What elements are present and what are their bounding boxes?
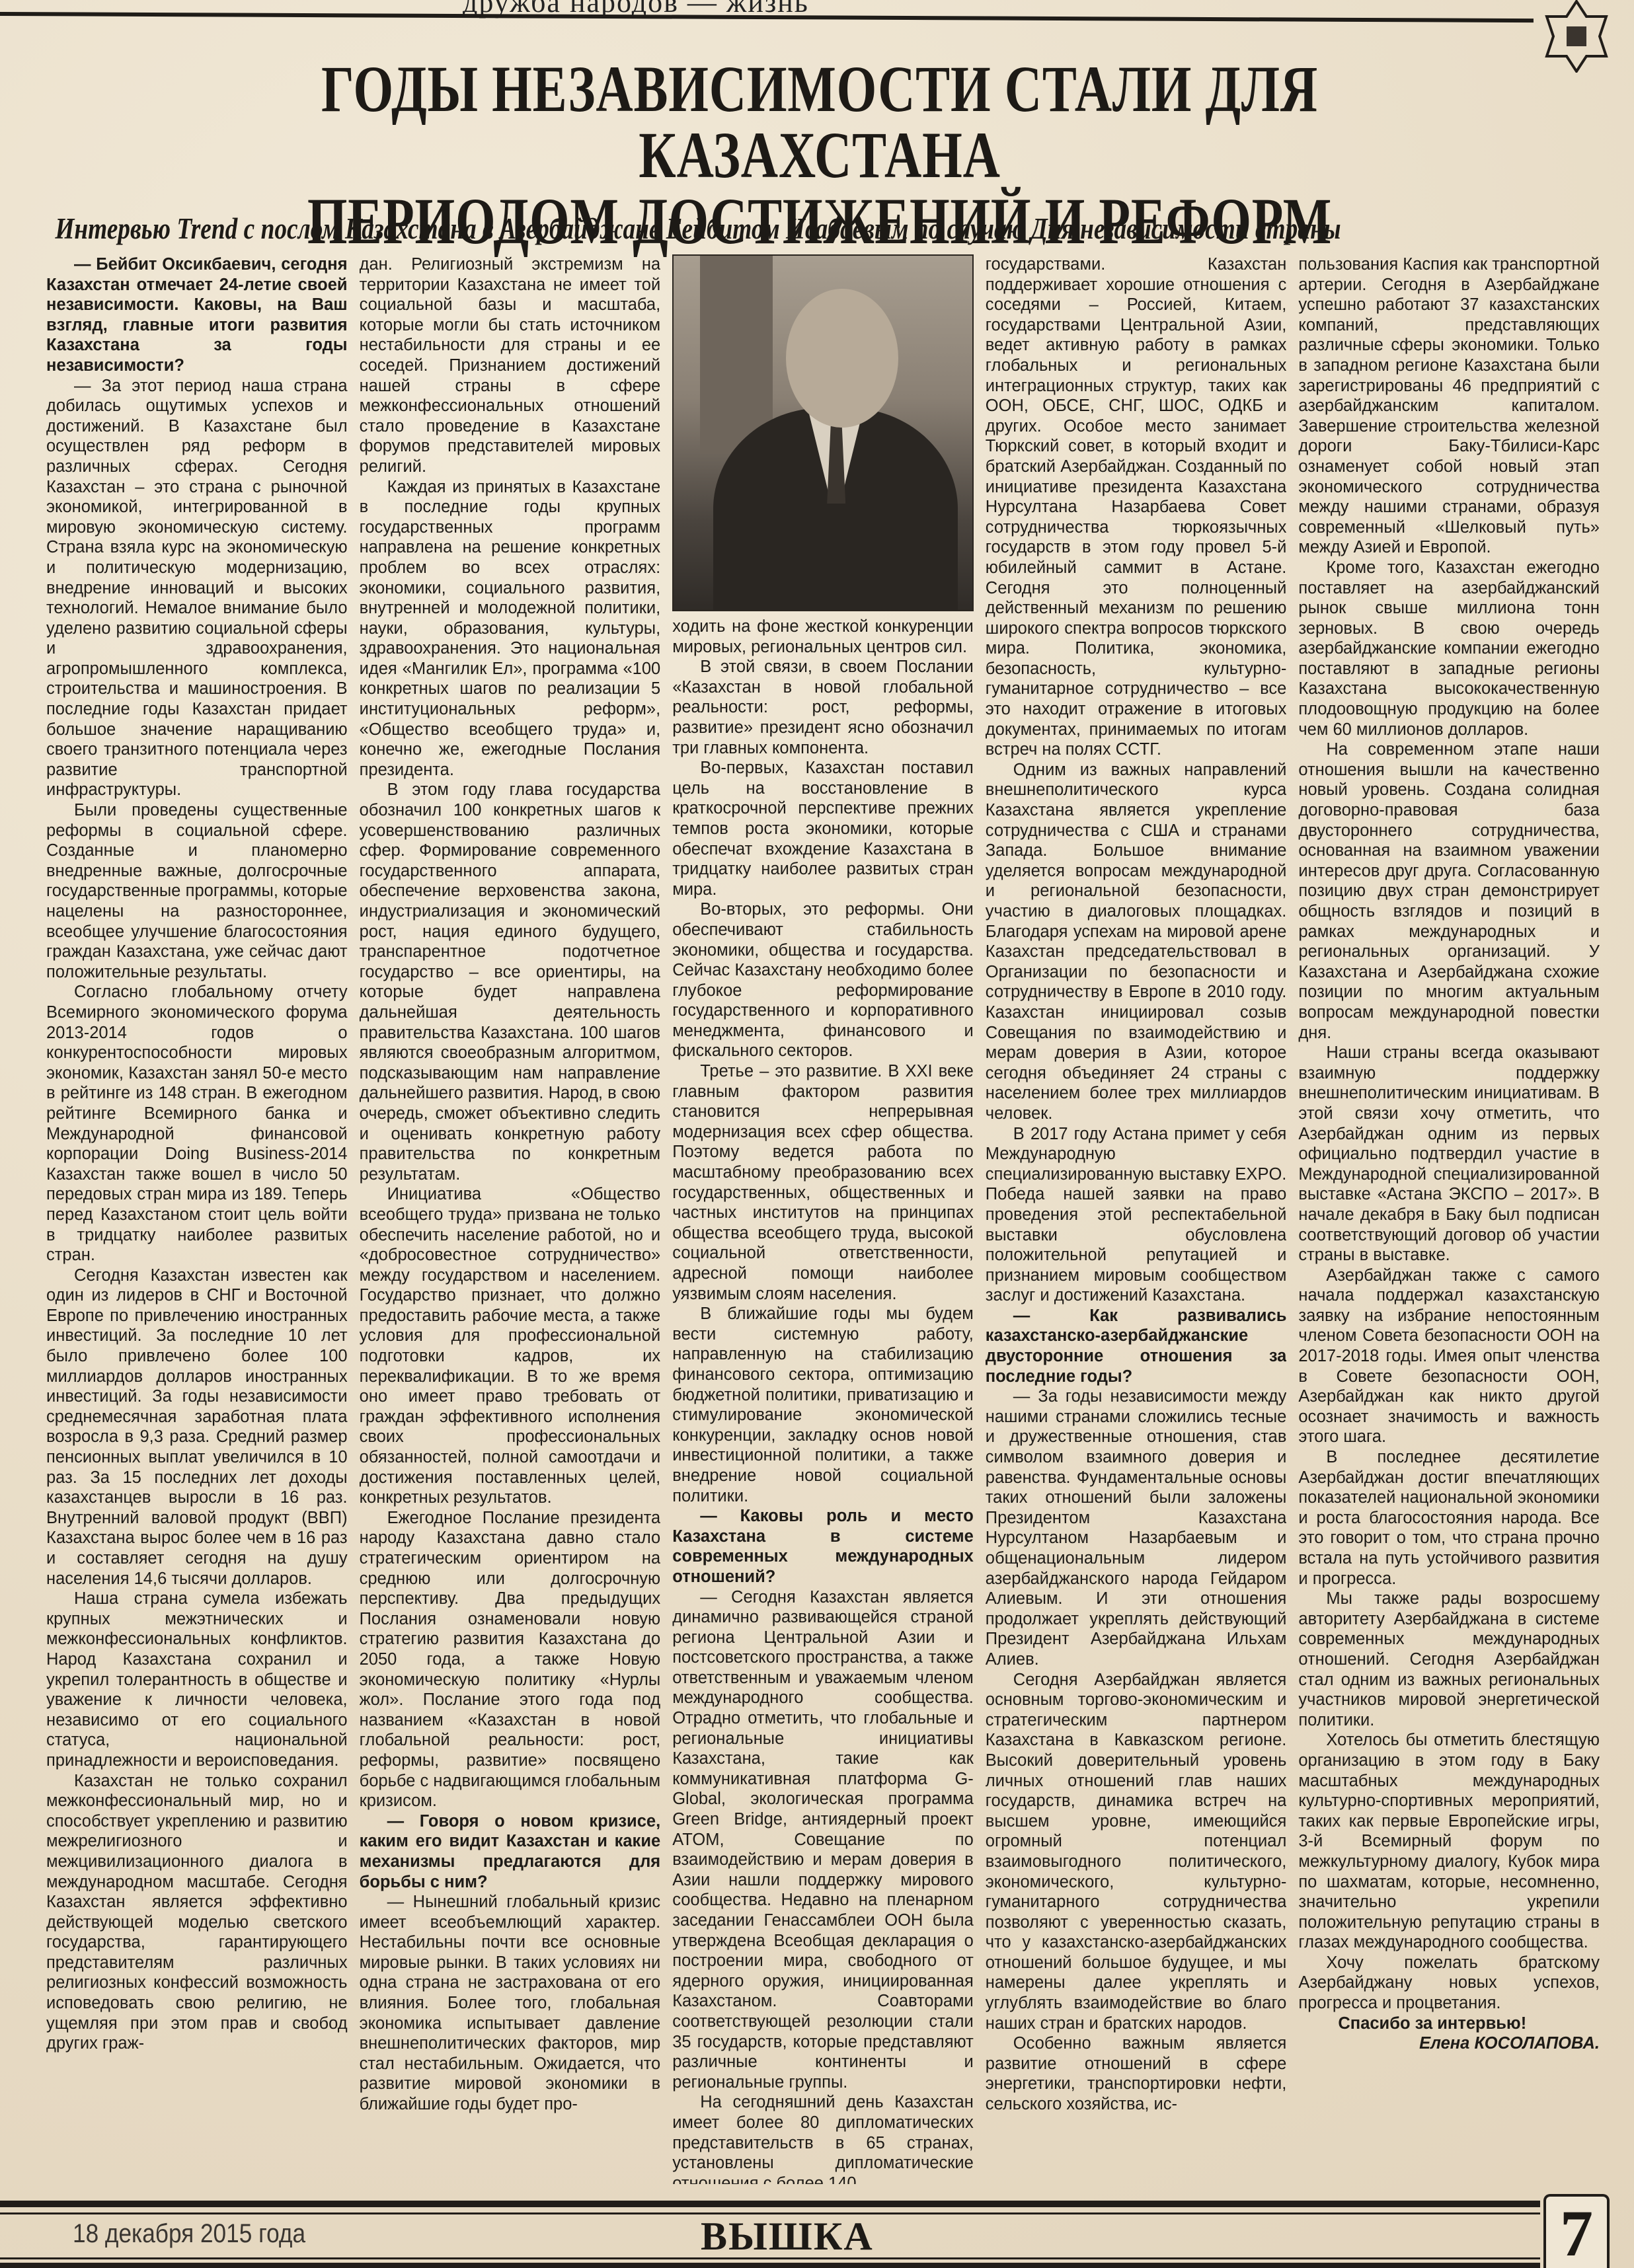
article-paragraph: государствами. Казахстан поддерживает хо…: [986, 254, 1287, 760]
article-paragraph: Наша страна сумела избежать крупных межэ…: [46, 1589, 348, 1770]
article-paragraph: На сегодняшний день Казахстан имеет боле…: [672, 2092, 974, 2184]
article-paragraph: Были проведены существенные реформы в со…: [46, 800, 348, 982]
column-4: государствами. Казахстан поддерживает хо…: [986, 254, 1287, 2184]
interview-question: — Говоря о новом кризисе, каким его види…: [360, 1811, 661, 1892]
issue-date: 18 декабря 2015 года: [73, 2219, 305, 2249]
article-paragraph: Каждая из принятых в Казахстане в послед…: [360, 477, 661, 780]
article-paragraph: В 2017 году Астана примет у себя Междуна…: [986, 1124, 1287, 1306]
article-paragraph: Азербайджан также с самого начала поддер…: [1298, 1266, 1600, 1447]
article-paragraph: В этом году глава государства обозначил …: [360, 780, 661, 1184]
article-paragraph: пользования Каспия как транспортной арте…: [1298, 254, 1600, 558]
article-lead: Интервью Trend с послом Казахстана в Азе…: [40, 211, 1356, 246]
article-paragraph: Во-первых, Казахстан поставил цель на во…: [672, 758, 974, 899]
article-paragraph: Особенно важным является развитие отноше…: [986, 2033, 1287, 2114]
article-paragraph: — Нынешний глобальный кризис имеет всеоб…: [360, 1892, 661, 2115]
article-paragraph: В ближайшие годы мы будем вести системну…: [672, 1304, 974, 1506]
headline-line-1: ГОДЫ НЕЗАВИСИМОСТИ СТАЛИ ДЛЯ КАЗАХСТАНА: [242, 56, 1397, 188]
column-5: пользования Каспия как транспортной арте…: [1298, 254, 1600, 2184]
section-emblem-icon: [1537, 0, 1616, 73]
article-paragraph: В последнее десятилетие Азербайджан дост…: [1298, 1447, 1600, 1589]
article-paragraph: ходить на фоне жесткой конкуренции миров…: [672, 617, 974, 657]
article-paragraph: Сегодня Азербайджан является основным то…: [986, 1670, 1287, 2034]
article-paragraph: Наши страны всегда оказывают взаимную по…: [1298, 1043, 1600, 1266]
article-paragraph: Сегодня Казахстан известен как один из л…: [46, 1266, 348, 1589]
article-paragraph: Мы также рады возросшему авторитету Азер…: [1298, 1589, 1600, 1730]
author-signature: Елена КОСОЛАПОВА.: [1298, 2033, 1600, 2054]
article-paragraph: Спасибо за интервью!: [1298, 2014, 1600, 2034]
article-paragraph: В этой связи, в своем Послании «Казахста…: [672, 657, 974, 758]
page-footer: 18 декабря 2015 года ВЫШКА 7: [0, 2194, 1634, 2268]
article-paragraph: Хочу пожелать братскому Азербайджану нов…: [1298, 1953, 1600, 2014]
footer-rule: [0, 2263, 1540, 2268]
interview-question: — Бейбит Оксикбаевич, сегодня Казахстан …: [46, 254, 348, 376]
column-2: дан. Религиозный экстремизм на территори…: [360, 254, 661, 2184]
article-paragraph: Казахстан не только сохранил межконфесси…: [46, 1771, 348, 2054]
figure-head-shape: [786, 289, 898, 428]
article-paragraph: — За этот период наша страна добилась ощ…: [46, 376, 348, 800]
column-1: — Бейбит Оксикбаевич, сегодня Казахстан …: [46, 254, 348, 2184]
article-paragraph: Согласно глобальному отчету Всемирного э…: [46, 982, 348, 1265]
article-paragraph: На современном этапе наши отношения вышл…: [1298, 739, 1600, 1043]
article-paragraph: Кроме того, Казахстан ежегодно поставляе…: [1298, 558, 1600, 739]
article-body: — Бейбит Оксикбаевич, сегодня Казахстан …: [46, 254, 1600, 2184]
footer-rule: [0, 2257, 1540, 2259]
article-paragraph: — За годы независимости между нашими стр…: [986, 1386, 1287, 1669]
interview-question: — Как развивались казахстанско-азербайдж…: [986, 1306, 1287, 1386]
column-3: ходить на фоне жесткой конкуренции миров…: [672, 254, 974, 2184]
ambassador-photo: [672, 254, 974, 611]
article-paragraph: Ежегодное Послание президента народу Каз…: [360, 1508, 661, 1811]
article-paragraph: Одним из важных направлений внешнеполити…: [986, 760, 1287, 1124]
article-paragraph: Во-вторых, это реформы. Они обеспечивают…: [672, 899, 974, 1061]
article-paragraph: Третье – это развитие. В XXI веке главны…: [672, 1061, 974, 1304]
article-paragraph: Инициатива «Общество всеобщего труда» пр…: [360, 1184, 661, 1508]
section-rubric: дружба народов — жизнь: [0, 0, 1634, 40]
footer-rule: [0, 2201, 1540, 2207]
newspaper-masthead: ВЫШКА: [701, 2214, 874, 2259]
article-paragraph: — Сегодня Казахстан является динамично р…: [672, 1587, 974, 2093]
page-number: 7: [1543, 2194, 1610, 2268]
article-paragraph: дан. Религиозный экстремизм на территори…: [360, 254, 661, 477]
article-paragraph: Хотелось бы отметить блестящую организац…: [1298, 1730, 1600, 1953]
interview-question: — Каковы роль и место Казахстана в систе…: [672, 1506, 974, 1587]
